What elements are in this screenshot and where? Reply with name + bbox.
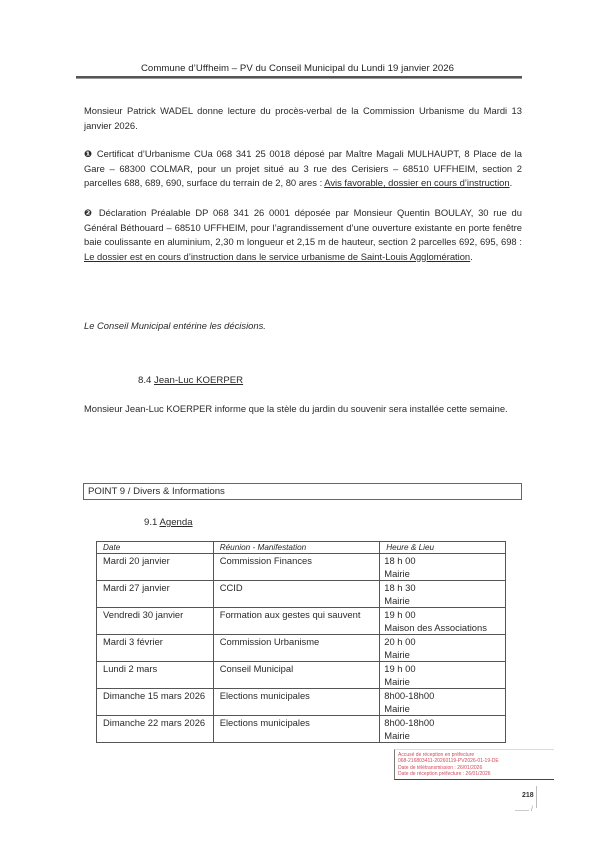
agenda-row: Mardi 20 janvierCommission Finances18 h …	[97, 554, 506, 581]
agenda-time-place: 19 h 00Mairie	[380, 662, 506, 689]
agenda-date: Dimanche 22 mars 2026	[97, 716, 214, 743]
agenda-time: 18 h 30	[384, 581, 505, 594]
agenda-row: Mardi 27 janvierCCID18 h 30Mairie	[97, 581, 506, 608]
section-9-1-heading: 9.1 Agenda	[144, 517, 193, 528]
agenda-time-place: 18 h 30Mairie	[380, 581, 506, 608]
header-divider	[76, 76, 522, 79]
section-8-4-paragraph: Monsieur Jean-Luc KOERPER informe que la…	[84, 402, 522, 417]
agenda-event: CCID	[213, 581, 380, 608]
conclusion-text: Le Conseil Municipal entérine les décisi…	[84, 319, 522, 334]
agenda-place: Mairie	[384, 648, 505, 661]
stamp-line: Date de réception préfecture : 26/01/202…	[398, 771, 554, 777]
agenda-date: Mardi 27 janvier	[97, 581, 214, 608]
agenda-time-place: 20 h 00Mairie	[380, 635, 506, 662]
document-page: Commune d’Uffheim – PV du Conseil Munici…	[0, 0, 595, 841]
page-header-title: Commune d’Uffheim – PV du Conseil Munici…	[0, 63, 595, 74]
item-2-decision: Le dossier est en cours d’instruction da…	[84, 251, 470, 262]
column-header-date: Date	[97, 542, 214, 554]
section-9-1-title: Agenda	[159, 517, 192, 528]
agenda-time-place: 8h00-18h00Mairie	[380, 716, 506, 743]
agenda-time-place: 18 h 00Mairie	[380, 554, 506, 581]
point-9-heading: POINT 9 / Divers & Informations	[83, 483, 522, 500]
agenda-event: Conseil Municipal	[213, 662, 380, 689]
column-header-event: Réunion - Manifestation	[213, 542, 380, 554]
agenda-time: 20 h 00	[384, 635, 505, 648]
item-1-end: .	[510, 177, 513, 188]
agenda-row: Mardi 3 févrierCommission Urbanisme20 h …	[97, 635, 506, 662]
intro-paragraph: Monsieur Patrick WADEL donne lecture du …	[84, 104, 522, 133]
agenda-date: Vendredi 30 janvier	[97, 608, 214, 635]
agenda-time: 8h00-18h00	[384, 716, 505, 729]
agenda-time-place: 8h00-18h00Mairie	[380, 689, 506, 716]
prefecture-receipt-stamp: Accusé de réception en préfecture 068-21…	[394, 749, 554, 780]
section-9-1-number: 9.1	[144, 517, 159, 528]
agenda-event: Formation aux gestes qui sauvent	[213, 608, 380, 635]
agenda-place: Maison des Associations	[384, 621, 505, 634]
agenda-event: Elections municipales	[213, 689, 380, 716]
item-1-decision: Avis favorable, dossier en cours d’instr…	[324, 177, 509, 188]
agenda-row: Dimanche 22 mars 2026Elections municipal…	[97, 716, 506, 743]
agenda-date: Mardi 3 février	[97, 635, 214, 662]
urbanisme-item-2: ❷ Déclaration Préalable DP 068 341 26 00…	[84, 206, 522, 264]
page-number-underline	[515, 810, 529, 811]
agenda-row: Dimanche 15 mars 2026Elections municipal…	[97, 689, 506, 716]
agenda-header-row: Date Réunion - Manifestation Heure & Lie…	[97, 542, 506, 554]
agenda-date: Mardi 20 janvier	[97, 554, 214, 581]
agenda-event: Commission Urbanisme	[213, 635, 380, 662]
page-corner-mark: /	[531, 806, 533, 813]
urbanisme-item-1: ❶ Certificat d’Urbanisme CUa 068 341 25 …	[84, 147, 522, 191]
agenda-row: Vendredi 30 janvierFormation aux gestes …	[97, 608, 506, 635]
section-8-4-title: Jean-Luc KOERPER	[154, 375, 243, 386]
number-two-bullet-icon: ❷	[84, 207, 94, 218]
agenda-time: 19 h 00	[384, 662, 505, 675]
section-8-4-heading: 8.4 Jean-Luc KOERPER	[138, 375, 243, 386]
section-8-4-text: Monsieur Jean-Luc KOERPER informe que la…	[84, 403, 508, 414]
section-8-4-number: 8.4	[138, 375, 154, 386]
intro-text: Monsieur Patrick WADEL donne lecture du …	[84, 105, 522, 131]
agenda-time: 18 h 00	[384, 554, 505, 567]
agenda-place: Mairie	[384, 675, 505, 688]
number-one-bullet-icon: ❶	[84, 148, 93, 159]
agenda-place: Mairie	[384, 594, 505, 607]
agenda-table: Date Réunion - Manifestation Heure & Lie…	[96, 541, 506, 743]
column-header-time-place: Heure & Lieu	[380, 542, 506, 554]
agenda-place: Mairie	[384, 567, 505, 580]
agenda-event: Elections municipales	[213, 716, 380, 743]
agenda-time-place: 19 h 00Maison des Associations	[380, 608, 506, 635]
agenda-date: Dimanche 15 mars 2026	[97, 689, 214, 716]
page-number: 218	[522, 792, 534, 799]
agenda-place: Mairie	[384, 702, 505, 715]
item-2-end: .	[470, 251, 473, 262]
agenda-time: 8h00-18h00	[384, 689, 505, 702]
agenda-time: 19 h 00	[384, 608, 505, 621]
agenda-date: Lundi 2 mars	[97, 662, 214, 689]
item-2-text: Déclaration Préalable DP 068 341 26 0001…	[84, 207, 522, 247]
agenda-place: Mairie	[384, 729, 505, 742]
agenda-event: Commission Finances	[213, 554, 380, 581]
agenda-row: Lundi 2 marsConseil Municipal19 h 00Mair…	[97, 662, 506, 689]
